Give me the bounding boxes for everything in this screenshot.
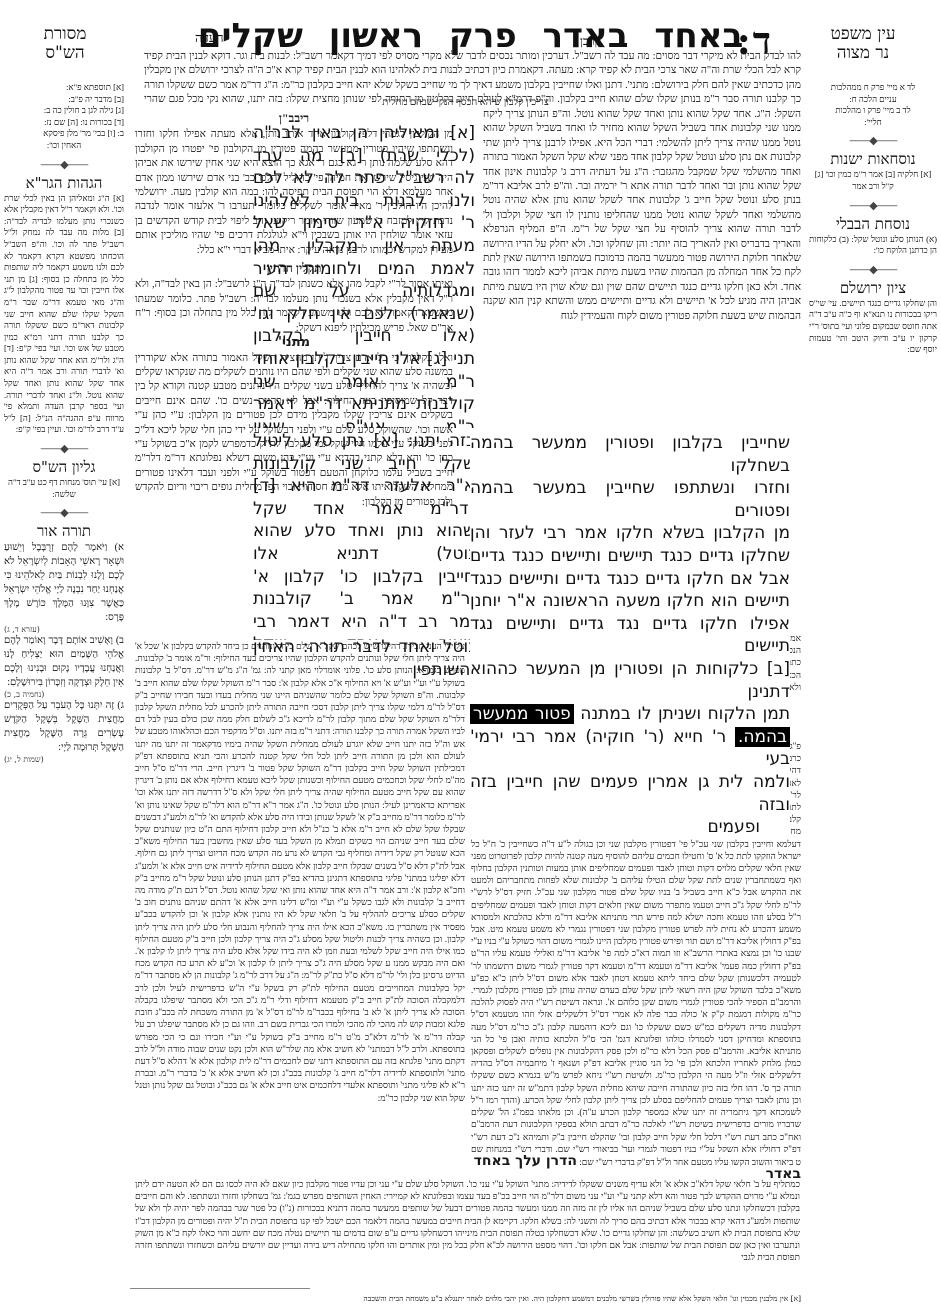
ornament-divider: ——◆—— xyxy=(809,263,937,276)
mesoret-entry: האחין וכו': xyxy=(4,140,124,152)
nusach-bavli-body: (א) הנותן סלע ונוטל שקל: (ב) כלקוחות הן … xyxy=(809,234,937,257)
tziyun-body: והן שחלקו גדיים כנגד תיישים. עי' שי"ס רי… xyxy=(809,298,937,356)
gemara-text: תמן הלקוח ושניתן לו במתנה xyxy=(580,704,790,724)
torah-or-title: תורה אור xyxy=(4,521,124,541)
gemara-line: מן הקלבון בשלא חלקו אמר רבי לעזר והן xyxy=(470,522,790,545)
left-margin-column: [א] תוספתא פ"א: [ב] מדבר יה פ"ב: [ג] גיל… xyxy=(4,52,124,764)
tziyun-title: ציון ירושלם xyxy=(809,278,937,298)
taklin-body-continued: ואלו בקלבון. כי כל אדם צריך ליתן מחצית ה… xyxy=(135,352,453,510)
ornament-divider: ——◆—— xyxy=(809,199,937,212)
taklin-hadatin-title: תקלין חדתין xyxy=(135,261,453,275)
gemara-line: תיישים הוא חלקו משעה הראשונה א"ר יוחנן xyxy=(470,590,790,613)
gilyon-body: [א] עי' תוס' מנחות דף כט ע"ב ד"ה שלשה: xyxy=(4,477,124,500)
main-gemara-lower-lines: שחייבין בקלבון ופטורין ממעשר בהמה בשחלקו… xyxy=(470,432,790,839)
ribbvan-commentary: ריבב"ן מן הקולבון לגמרי דלפי קולבון אחד … xyxy=(135,108,453,628)
gemara-line: [ב] כלקוחות הן ופטורין מן המעשר כההוא דת… xyxy=(470,658,790,703)
nuschaot-title: נוסחאות ישנות xyxy=(809,149,937,169)
verse-reference: (עזרא ד, ג) xyxy=(4,625,124,634)
mesoret-entry: [ב] מדבר יה פ"ב: xyxy=(4,94,124,106)
mesoret-entry: ב: [ו] בבי' מר' מלן פיסקא xyxy=(4,128,124,140)
torah-or-verse: א) וַיֹּאמֶר לָהֶם זְרֻבָּבֶל וְיֵשׁוּעַ… xyxy=(4,541,124,625)
verse-reference: (שמות ל, יג) xyxy=(4,755,124,764)
ribbvan-title: ריבב"ן xyxy=(135,111,453,125)
nuschaot-body: [א] חלקיה [ב] אמר ר"מ כמין וכו' [ג] ק"ל … xyxy=(809,169,937,192)
ein-mishpat-entry: לד א מיי' פרק ח ממהלכות xyxy=(809,82,937,94)
taklin-body: ואיתו אסור לר"י לקבל מהן אלא כשנתן לבד"ה… xyxy=(135,278,453,336)
verse-reference: (נחמיה ב, כ) xyxy=(4,690,124,699)
heara-label: העדה xyxy=(195,30,224,46)
gemara-line: שחלקו גדיים כנגד תיישים ותיישים כנגד גדי… xyxy=(470,545,790,568)
gemara-line: ולמה לית גן אמרין פעמים שהן חייבין בזה ו… xyxy=(470,771,790,816)
ornament-divider: ——◆—— xyxy=(4,158,124,171)
ornament-divider: ——◆—— xyxy=(4,506,124,519)
gemara-line: אבל אם חלקו גדיים כנגד גדיים ותיישים כנג… xyxy=(470,568,790,591)
main-gemara-lower-block: נוטל ואחד לדבר תורה: האחין והשותפין xyxy=(253,636,475,776)
mesoret-entry: [א] תוספתא פ"א: xyxy=(4,82,124,94)
hagahot-title: הגהות הגר"א xyxy=(4,173,124,193)
ribbvan-body: מן הקולבון לגמרי דלפי קולבון אחד איתו נו… xyxy=(135,128,453,258)
ornament-divider: ——◆—— xyxy=(809,134,937,147)
gemara-line: נוטל ואחד לדבר תורה: האחין והשותפין xyxy=(253,636,475,681)
final-commentary: כמתליף על ב' חלאי שקל דלא"כ אלא א' ולא ע… xyxy=(135,1178,800,1294)
gilyon-title: גליון הש"ס xyxy=(4,457,124,477)
ornament-divider: ——◆—— xyxy=(4,442,124,455)
hagahot-body: [א] ה"ג ומאליהן הן באין לכלי שרת וכו'. ו… xyxy=(4,193,124,436)
gemara-line-highlight: בהמה. ר' חייא (ר' חוקיה) אמר רבי ירמי' ב… xyxy=(470,726,790,771)
mishna-keyword: מתני' xyxy=(278,335,310,350)
gemara-line: שחייבין בקלבון ופטורין ממעשר בהמה בשחלקו xyxy=(470,432,790,477)
nusach-bavli-title: נוסחת הבבלי xyxy=(809,214,937,234)
gemara-line: וחזרו ונשתתפו שחייבין במעשר בהמה ופטורים xyxy=(470,477,790,522)
mesoret-entry: [ד] בכורות נו: [ה] שם נז: xyxy=(4,117,124,129)
torah-or-verse: ג) זֶה יִתְּנוּ כָּל הָעֹבֵר עַל הַפְּקֻ… xyxy=(4,699,124,755)
gemara-line: אפילו חלקו גדיים נגד גדיים ותיישים נגד ת… xyxy=(470,613,790,658)
footnote: [א] אין מלבנין מכמין וגו' חלאי השקל אלא … xyxy=(131,1294,801,1303)
ein-mishpat-entry: עניים הלכה ח: xyxy=(809,94,937,106)
ein-mishpat-entry: חליי': xyxy=(809,117,937,129)
highlighted-phrase: בהמה. xyxy=(735,727,790,747)
gemara-line-highlight: תמן הלקוח ושניתן לו במתנה פטור ממעשר xyxy=(470,703,790,726)
torah-or-verse: ב) וָאָשִׁיב אוֹתָם דָּבָר וָאוֹמַר לָהֶ… xyxy=(4,634,124,690)
mesoret-entry: [ג] גילה לגן ב חולין כה ב: xyxy=(4,105,124,117)
highlighted-phrase: פטור ממעשר xyxy=(470,704,574,724)
right-margin-column: לד א מיי' פרק ח ממהלכות עניים הלכה ח: לד… xyxy=(809,52,937,356)
ein-mishpat-entry: לד ב מיי' פרק ו מהלכות xyxy=(809,105,937,117)
gemara-line: ופעמים xyxy=(470,816,790,839)
footnote-divider xyxy=(130,1288,310,1289)
